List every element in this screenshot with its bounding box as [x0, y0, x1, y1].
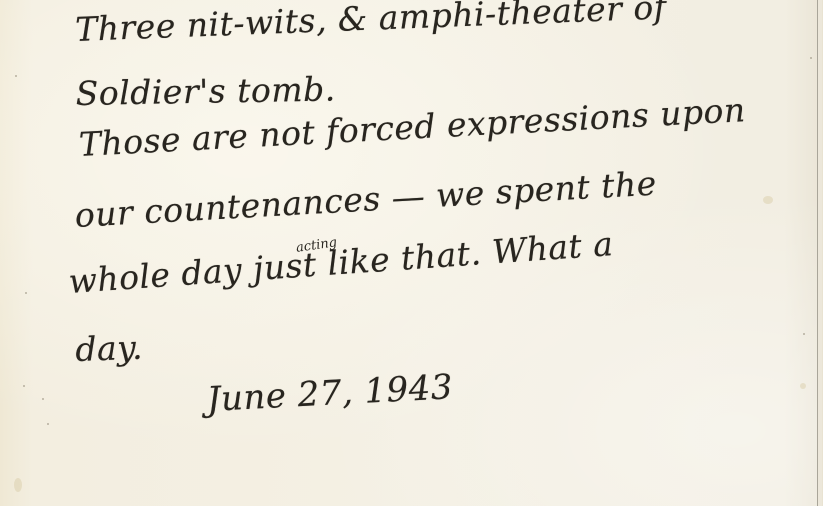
handwritten-note-card: Three nit-wits, & amphi-theater of Soldi… [0, 0, 818, 506]
paper-speck [25, 292, 27, 294]
note-date: June 27, 1943 [206, 367, 454, 420]
paper-speck [42, 398, 44, 400]
paper-speck [23, 385, 25, 387]
paper-speck [15, 75, 17, 77]
paper-speck [803, 333, 805, 335]
note-line-4: our countenances — we spent the [74, 164, 658, 235]
paper-stain [800, 383, 806, 389]
paper-edge [818, 0, 822, 506]
paper-stain [14, 478, 22, 492]
note-line-2: Soldier's tomb. [75, 69, 336, 113]
note-line-5: whole day just like that. What a [67, 224, 614, 301]
paper-speck [810, 57, 812, 59]
paper-speck [47, 423, 49, 425]
note-line-6: day. [75, 328, 144, 369]
note-line-1: Three nit-wits, & amphi-theater of [75, 0, 668, 49]
paper-stain [763, 196, 773, 204]
